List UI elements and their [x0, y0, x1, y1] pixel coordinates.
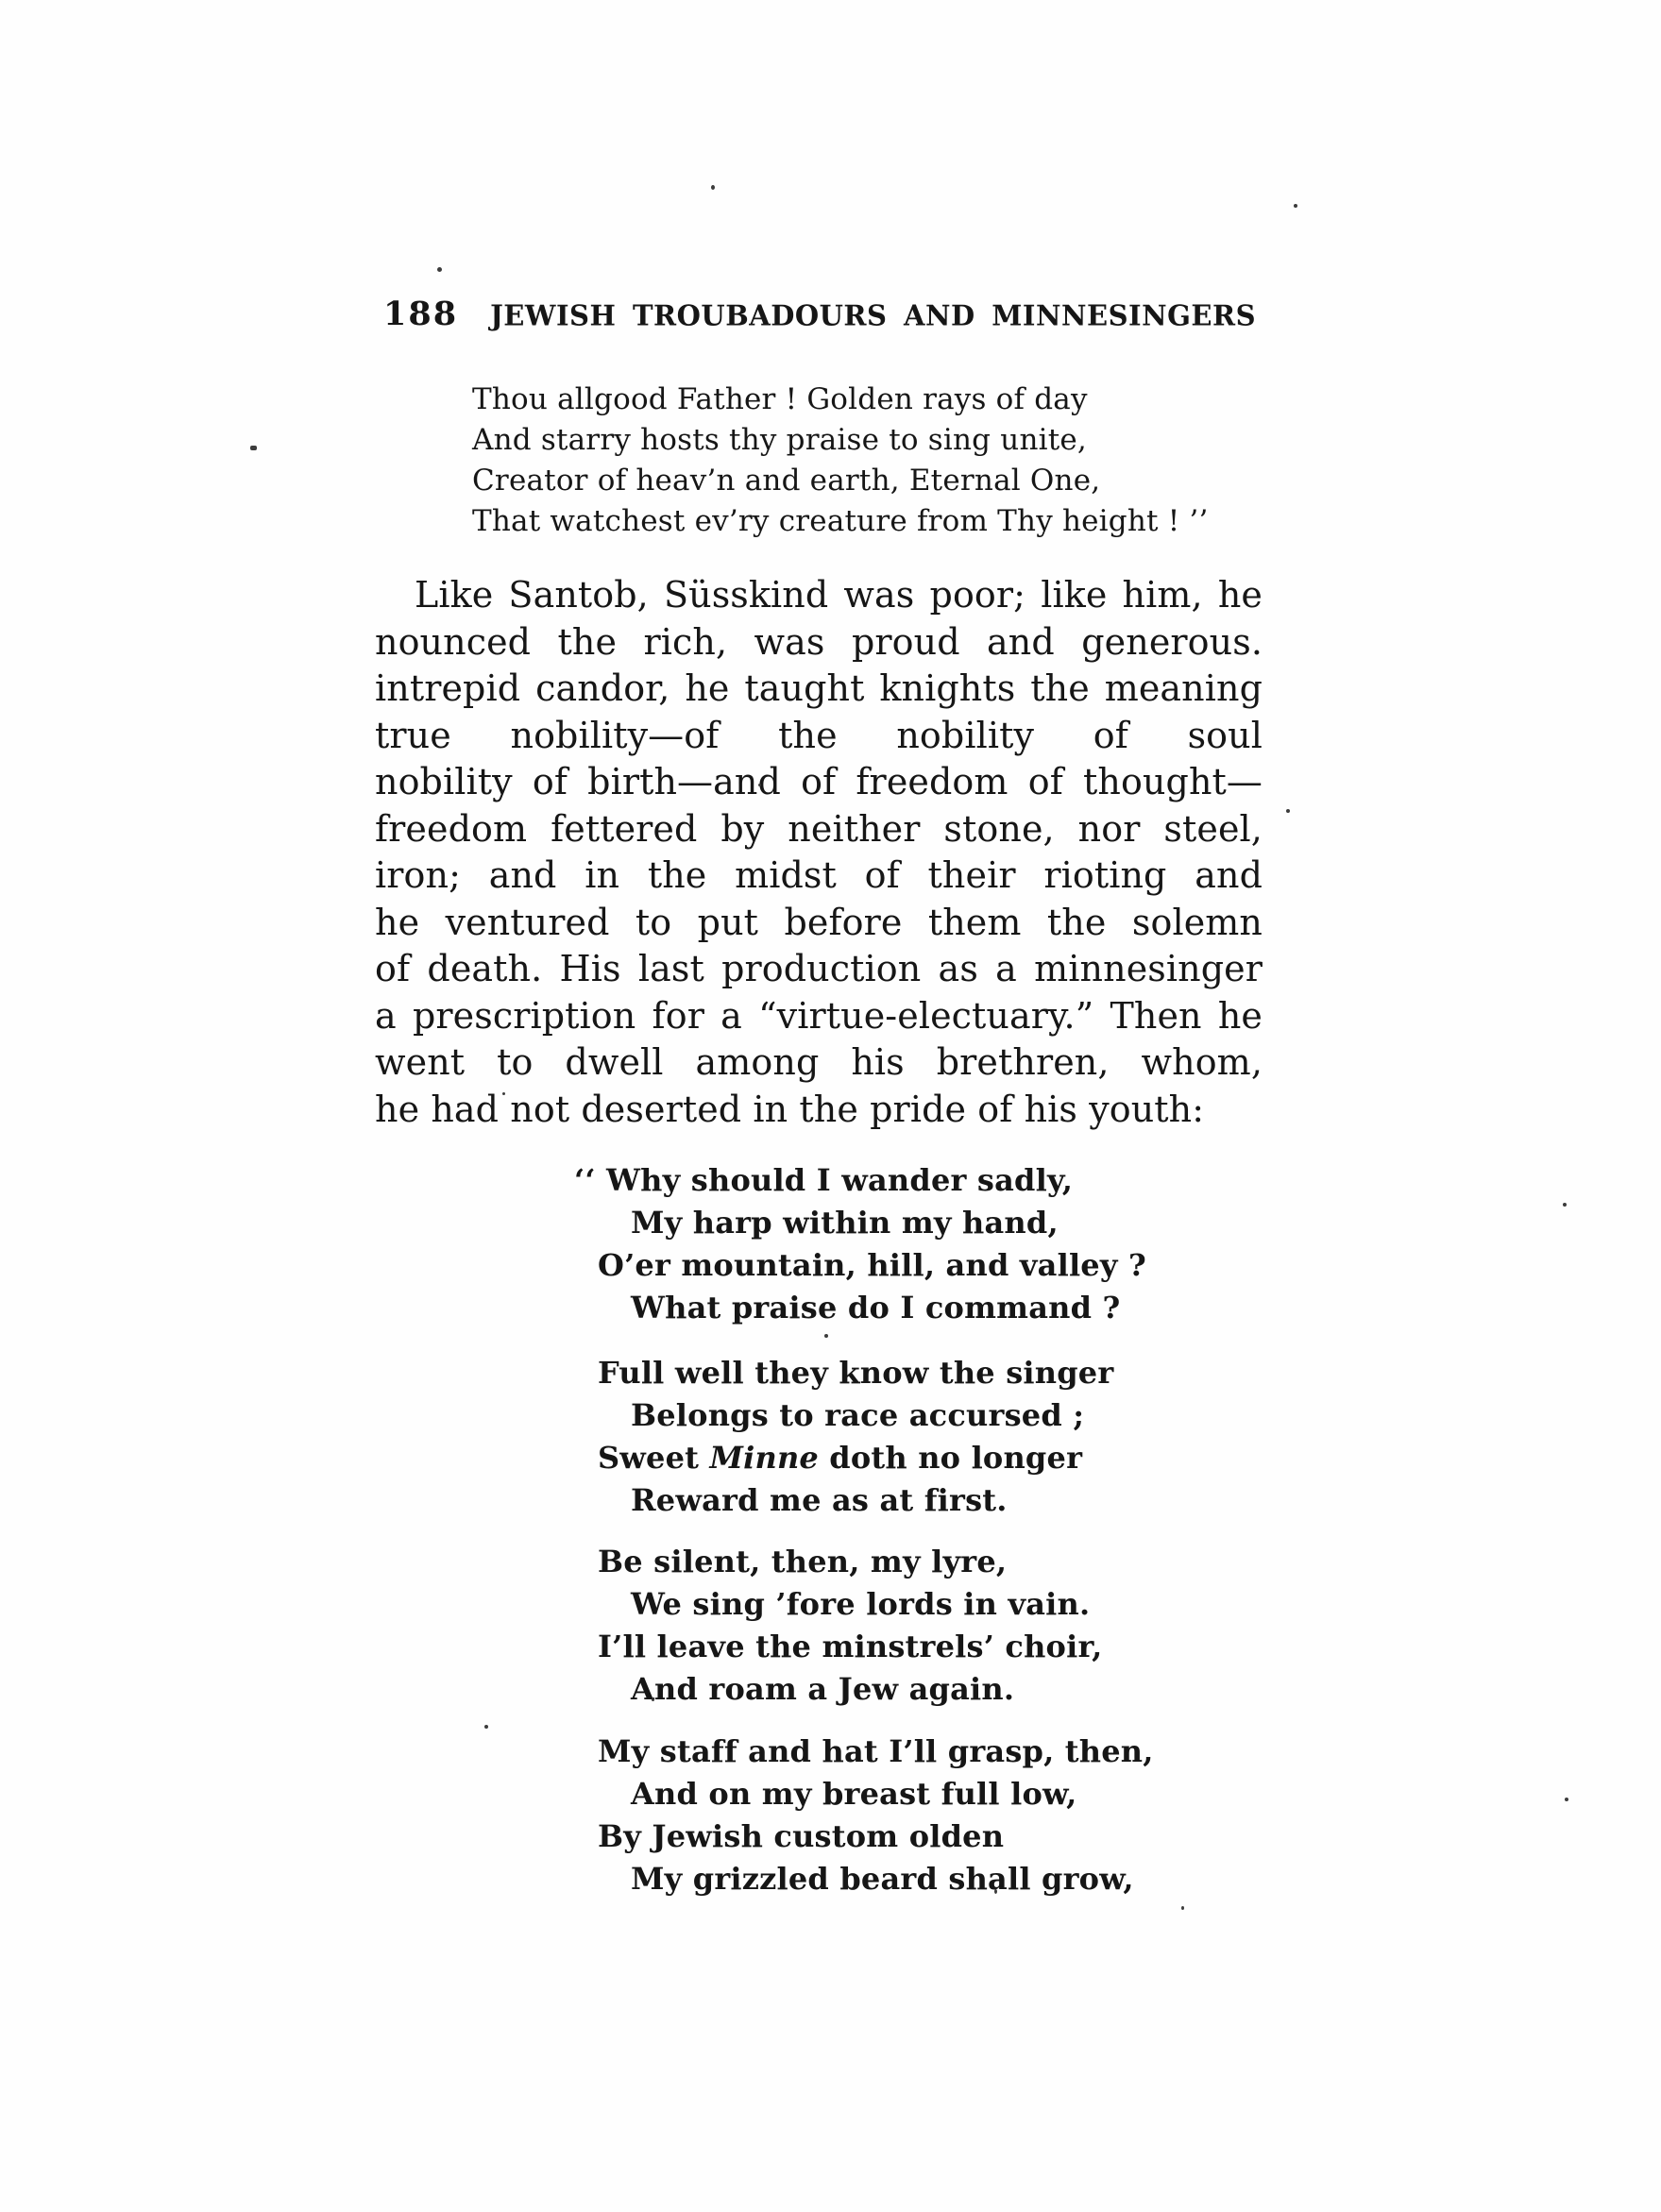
paragraph-line: intrepid candor, he taught knights the m… [375, 666, 1263, 713]
page-number: 188 [383, 295, 458, 333]
scan-speck [711, 185, 715, 190]
body-paragraph: Like Santob, Süsskind was poor; like him… [375, 572, 1263, 1133]
paragraph-line: true nobility—of the nobility of soul tr… [375, 713, 1263, 760]
paragraph-line: Like Santob, Süsskind was poor; like him… [375, 572, 1263, 619]
paragraph-line: nobility of birth—and of freedom of thou… [375, 759, 1263, 806]
poem-line: My grizzled beard shall grow, [574, 1858, 1154, 1900]
scan-speck [484, 1725, 488, 1729]
poem-stanza-3: Be silent, then, my lyre, We sing ’fore … [574, 1541, 1103, 1711]
paragraph-line: of death. His last production as a minne… [375, 946, 1263, 993]
poem-line: We sing ’fore lords in vain. [574, 1583, 1103, 1626]
scan-speck [1181, 1906, 1184, 1910]
poem-stanza-4: My staff and hat I’ll grasp, then, And o… [574, 1731, 1154, 1900]
scan-speck [758, 784, 761, 786]
paragraph-line: nounced the rich, was proud and generous… [375, 619, 1263, 667]
poem-line: I’ll leave the minstrels’ choir, [574, 1626, 1103, 1668]
poem-emphasis-minne: Minne [710, 1440, 819, 1476]
scan-speck [1563, 1203, 1567, 1207]
paragraph-line: he had not deserted in the pride of his … [375, 1087, 1263, 1134]
paragraph-line: freedom fettered by neither stone, nor s… [375, 806, 1263, 853]
poem-line: And roam a Jew again. [574, 1668, 1103, 1711]
scan-speck [994, 1889, 997, 1894]
poem-line: My staff and hat I’ll grasp, then, [574, 1731, 1154, 1773]
page-title: JEWISH TROUBADOURS AND MINNESINGERS [490, 298, 1256, 331]
book-page: 188 JEWISH TROUBADOURS AND MINNESINGERS … [0, 0, 1661, 2212]
poem-line: By Jewish custom olden [574, 1815, 1154, 1858]
scan-speck [250, 446, 257, 450]
epigraph-line: That watchest ev’ry creature from Thy he… [472, 501, 1209, 542]
poem-line: What praise do I command ? [574, 1287, 1146, 1329]
poem-line: Full well they know the singer [574, 1352, 1113, 1394]
epigraph-line: Thou allgood Father ! Golden rays of day [472, 380, 1209, 420]
scan-speck [1294, 204, 1297, 208]
poem-line: Reward me as at first. [574, 1479, 1113, 1522]
epigraph-line: Creator of heav’n and earth, Eternal One… [472, 461, 1209, 501]
scan-speck [502, 1092, 505, 1095]
scan-speck [437, 267, 442, 272]
poem-line-segment: Sweet [598, 1440, 710, 1476]
scan-speck [1565, 1798, 1568, 1801]
poem-line: O’er mountain, hill, and valley ? [574, 1244, 1146, 1287]
poem-line: Be silent, then, my lyre, [574, 1541, 1103, 1583]
paragraph-line: a prescription for a “virtue-electuary.”… [375, 993, 1263, 1040]
poem-stanza-1: ‘‘ Why should I wander sadly, My harp wi… [574, 1159, 1146, 1329]
paragraph-line: iron; and in the midst of their rioting … [375, 853, 1263, 900]
poem-line: And on my breast full low, [574, 1773, 1154, 1815]
poem-line: Belongs to race accursed ; [574, 1394, 1113, 1437]
epigraph-line: And starry hosts thy praise to sing unit… [472, 420, 1209, 461]
poem-line: ‘‘ Why should I wander sadly, [574, 1159, 1146, 1202]
running-head: 188 JEWISH TROUBADOURS AND MINNESINGERS [383, 295, 1256, 333]
scan-speck [1286, 809, 1290, 813]
poem-line: My harp within my hand, [574, 1202, 1146, 1244]
poem-line: Sweet Minne doth no longer [574, 1437, 1113, 1479]
poem-line-segment: doth no longer [819, 1440, 1082, 1476]
paragraph-line: went to dwell among his brethren, whom, … [375, 1039, 1263, 1087]
scan-speck [824, 1334, 828, 1338]
epigraph-verse: Thou allgood Father ! Golden rays of day… [472, 380, 1209, 542]
poem-stanza-2: Full well they know the singer Belongs t… [574, 1352, 1113, 1522]
paragraph-line: he ventured to put before them the solem… [375, 900, 1263, 947]
scan-speck [652, 1698, 654, 1701]
